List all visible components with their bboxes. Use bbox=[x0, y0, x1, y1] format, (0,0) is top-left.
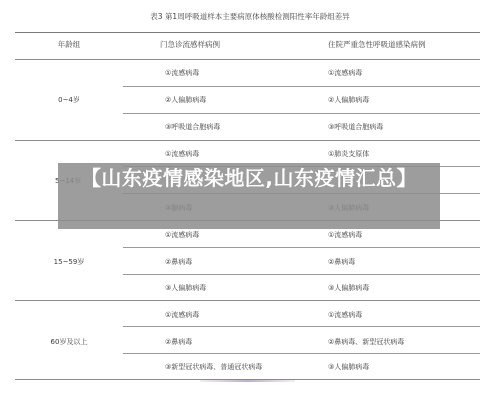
table-row: ②人偏肺病毒 bbox=[165, 95, 206, 105]
table-caption: 表3 第1周呼吸道样本主要病原体核酸检测阳性率年龄组差异 bbox=[0, 11, 500, 22]
row-divider bbox=[123, 353, 480, 354]
row-divider bbox=[123, 247, 480, 248]
header-inpatient: 住院严重急性呼吸道感染病例 bbox=[328, 40, 426, 50]
table-row: ①流感病毒 bbox=[328, 310, 362, 320]
image-artifact bbox=[200, 380, 295, 382]
table-row: ①流感病毒 bbox=[165, 149, 199, 159]
group-divider bbox=[15, 140, 480, 141]
table-row: ③呼吸道合胞病毒 bbox=[165, 122, 220, 132]
table-row: ①肺炎支原体 bbox=[328, 149, 369, 159]
table-row: ③呼吸道合胞病毒 bbox=[328, 122, 383, 132]
age-group-cell: 60岁及以上 bbox=[15, 337, 123, 347]
table-row: ①流感病毒 bbox=[328, 230, 362, 240]
table-row: ②鼻病毒 bbox=[165, 337, 192, 347]
table-row: ②鼻病毒 bbox=[165, 257, 192, 267]
row-divider bbox=[123, 86, 480, 87]
table-row: ①流感病毒 bbox=[165, 230, 199, 240]
table-row: ③新型冠状病毒、普通冠状病毒 bbox=[165, 362, 262, 372]
table-row: ②鼻病毒、新型冠状病毒 bbox=[328, 337, 404, 347]
table-row: ③人偏肺病毒 bbox=[328, 283, 369, 293]
header-outpatient: 门急诊流感样病例 bbox=[160, 40, 220, 50]
table-top-rule bbox=[15, 32, 480, 33]
table-row: ②鼻病毒 bbox=[328, 257, 355, 267]
table-row: ①流感病毒 bbox=[328, 68, 362, 78]
row-divider bbox=[123, 113, 480, 114]
group-divider bbox=[15, 300, 480, 301]
age-group-cell: 0~4岁 bbox=[15, 95, 123, 105]
table-row: ①流感病毒 bbox=[165, 310, 199, 320]
header-bottom-rule bbox=[15, 59, 480, 60]
table-row: ③人偏肺病毒 bbox=[328, 362, 369, 372]
table-row: ②人偏肺病毒 bbox=[328, 95, 369, 105]
table-row: ①流感病毒 bbox=[165, 68, 199, 78]
overlay-title: 【山东疫情感染地区,山东疫情汇总】 bbox=[58, 164, 440, 192]
header-age-group: 年龄组 bbox=[15, 40, 123, 50]
table-row: ③人偏肺病毒 bbox=[165, 283, 206, 293]
age-group-cell: 15~59岁 bbox=[15, 257, 123, 267]
row-divider bbox=[123, 326, 480, 327]
row-divider bbox=[123, 274, 480, 275]
